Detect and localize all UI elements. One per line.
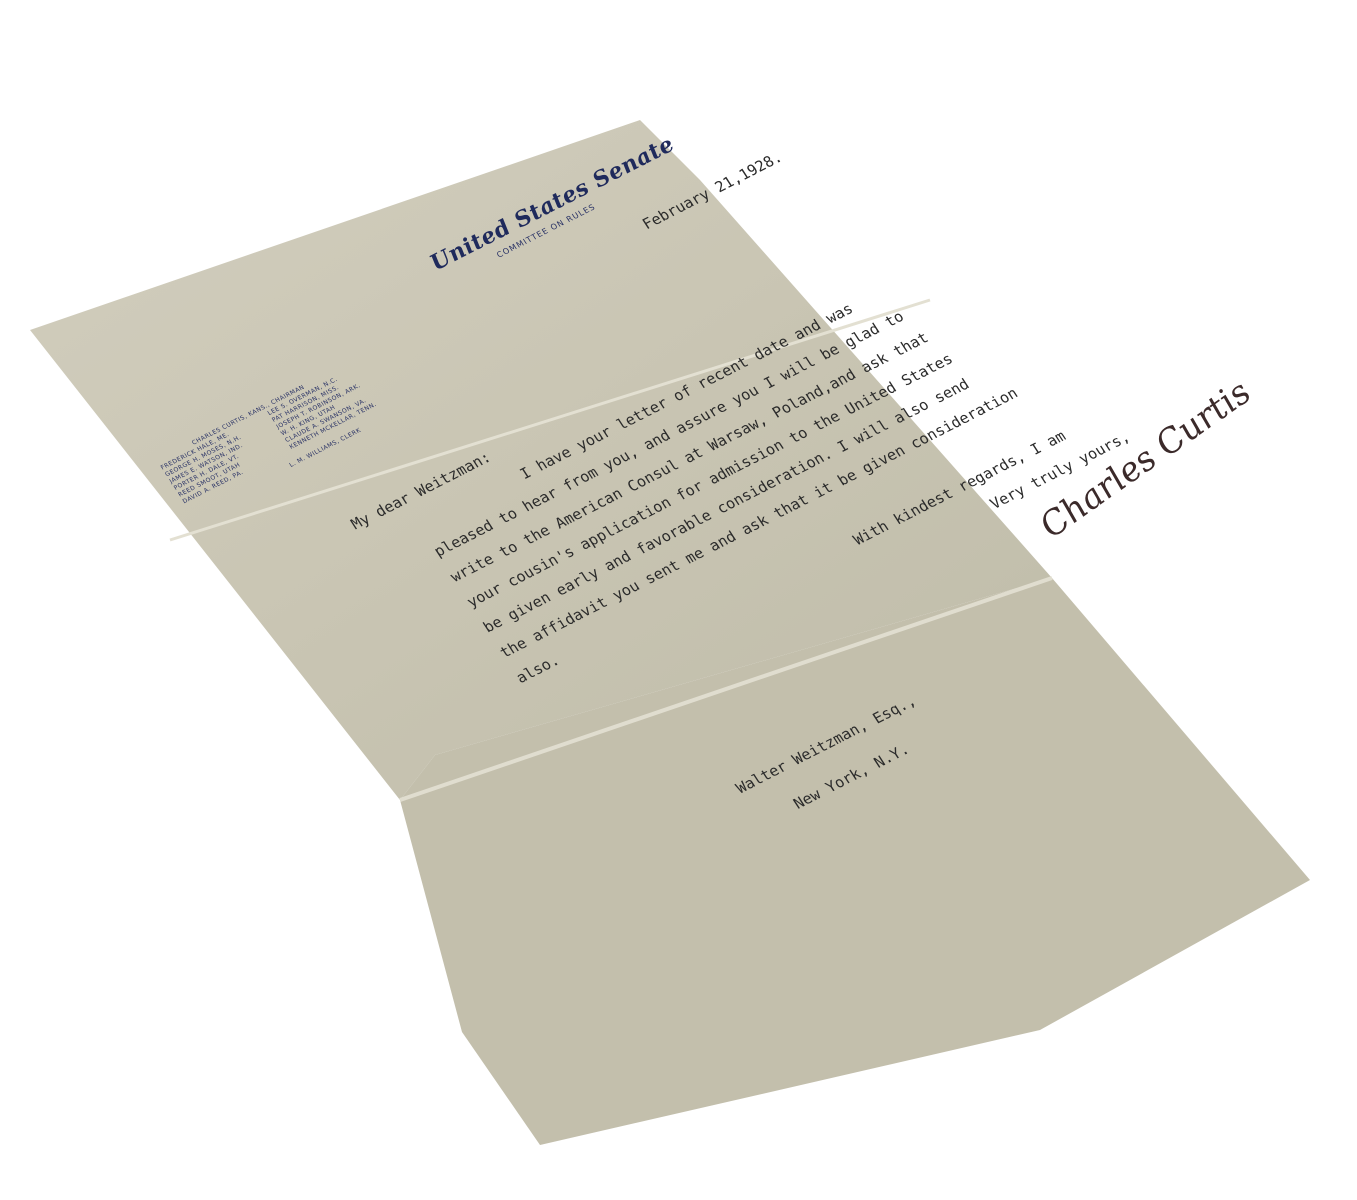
photo-stage: United States Senate COMMITTEE ON RULES … [0,0,1357,1200]
body-line: pleased to hear from you, and assure you… [431,307,908,560]
body-line: also. [513,651,563,687]
salutation: My dear Weitzman: [348,448,495,533]
roster-left: FREDERICK HALE, ME. GEORGE H. MOSES, N.H… [159,427,260,506]
roster-right: LEE S. OVERMAN, N.C. PAT HARRISON, MISS.… [266,367,378,451]
